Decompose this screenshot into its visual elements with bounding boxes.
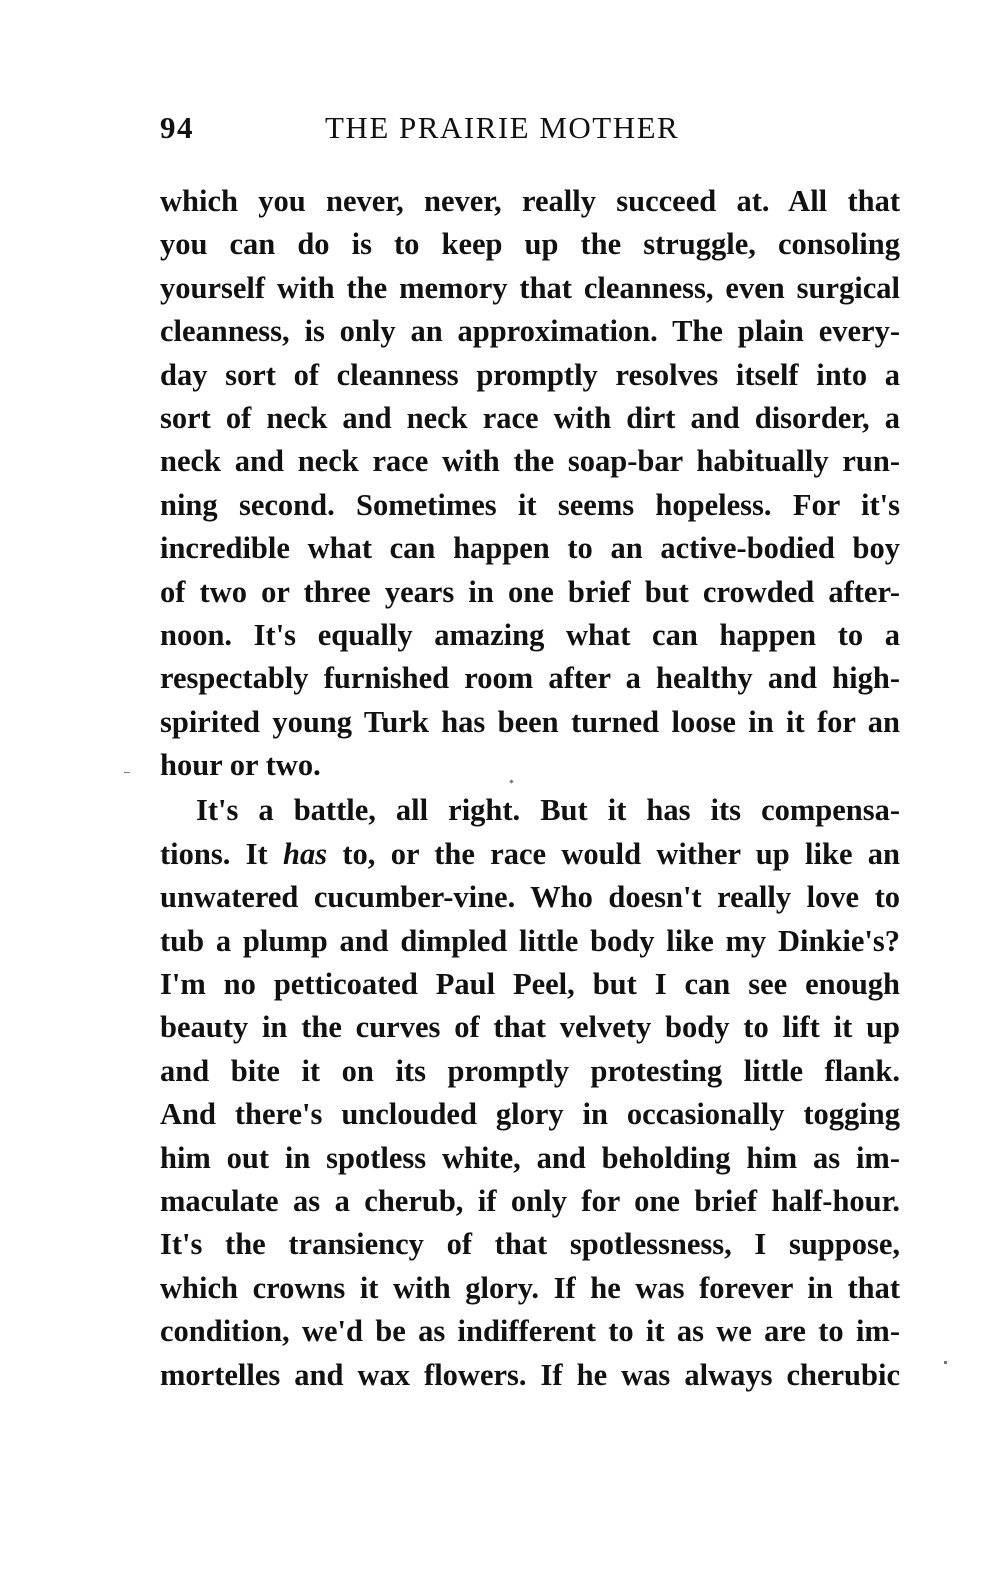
text-line: mortelles and wax flowers. If he was alw… <box>160 1354 900 1397</box>
text-line: beauty in the curves of that velvety bod… <box>160 1006 900 1049</box>
text-line: tions. It has to, or the race would with… <box>160 833 900 876</box>
text-line: neck and neck race with the soap-bar hab… <box>160 440 900 483</box>
text-line: spirited young Turk has been turned loos… <box>160 701 900 744</box>
running-head: 94 THE PRAIRIE MOTHER <box>160 100 900 156</box>
text-line: noon. It's equally amazing what can happ… <box>160 614 900 657</box>
text-line: sort of neck and neck race with dirt and… <box>160 397 900 440</box>
text-fragment: to, or the race would wither up like an <box>327 837 900 871</box>
text-line: you can do is to keep up the struggle, c… <box>160 223 900 266</box>
text-line: and bite it on its promptly protesting l… <box>160 1050 900 1093</box>
text-line: And there's unclouded glory in occasiona… <box>160 1093 900 1136</box>
running-title: THE PRAIRIE MOTHER <box>325 110 679 146</box>
text-line: day sort of cleanness promptly resolves … <box>160 354 900 397</box>
text-line: I'm no petticoated Paul Peel, but I can … <box>160 963 900 1006</box>
text-line: which you never, never, really succeed a… <box>160 180 900 223</box>
text-line: unwatered cucumber-vine. Who doesn't rea… <box>160 876 900 919</box>
book-page: 94 THE PRAIRIE MOTHER which you never, n… <box>160 100 900 1397</box>
page-number: 94 <box>160 110 194 146</box>
scan-speck <box>944 1361 947 1364</box>
paragraph-2: It's a battle, all right. But it has its… <box>160 789 900 1396</box>
text-line: condition, we'd be as indifferent to it … <box>160 1310 900 1353</box>
text-line: incredible what can happen to an active-… <box>160 527 900 570</box>
text-line: ning second. Sometimes it seems hopeless… <box>160 484 900 527</box>
text-line: cleanness, is only an approximation. The… <box>160 310 900 353</box>
text-line: hour or two. <box>160 744 900 787</box>
body-text: which you never, never, really succeed a… <box>160 180 900 1397</box>
paragraph-1: which you never, never, really succeed a… <box>160 180 900 787</box>
text-line: It's the transiency of that spotlessness… <box>160 1223 900 1266</box>
text-line: It's a battle, all right. But it has its… <box>160 789 900 832</box>
text-fragment: tions. It <box>160 837 283 871</box>
text-line: him out in spotless white, and beholding… <box>160 1137 900 1180</box>
text-line: of two or three years in one brief but c… <box>160 571 900 614</box>
text-line: tub a plump and dimpled little body like… <box>160 920 900 963</box>
scan-speck <box>124 772 130 773</box>
text-line: yourself with the memory that cleanness,… <box>160 267 900 310</box>
text-line: respectably furnished room after a healt… <box>160 657 900 700</box>
emphasized-word: has <box>283 837 327 871</box>
text-line: maculate as a cherub, if only for one br… <box>160 1180 900 1223</box>
text-line: which crowns it with glory. If he was fo… <box>160 1267 900 1310</box>
